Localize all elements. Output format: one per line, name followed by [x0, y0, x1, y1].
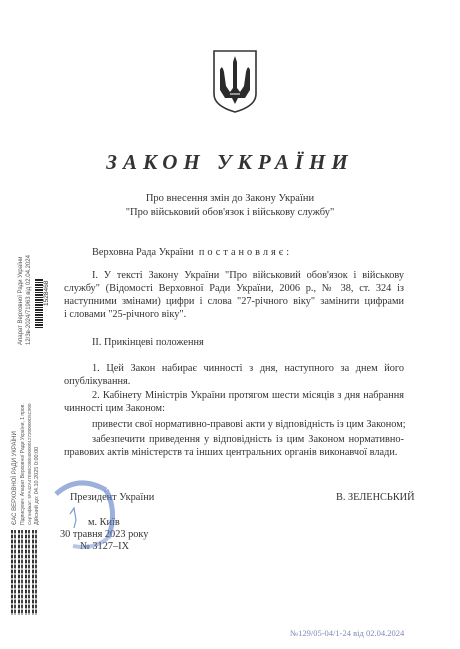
subtitle-line-1: Про внесення змін до Закону України	[0, 193, 460, 204]
section-1-line: наступними змінами) цифри і слова "27-рі…	[64, 295, 404, 308]
eds-line-3: Сертифікат: 5FA4ZA47E0BC0B04000001272000…	[27, 403, 32, 525]
eds-line-1: ЄАС ВЕРХОВНОЇ РАДИ УКРАЇНИ	[12, 431, 18, 525]
document-title: ЗАКОН УКРАЇНИ	[0, 150, 460, 175]
section-2-item-1: 1. Цей Закон набирає чинності з дня, нас…	[64, 362, 404, 388]
barcode	[35, 278, 43, 328]
section-1-line: службу" (Відомості Верховної Ради Україн…	[64, 282, 404, 295]
preamble: Верховна Рада України постановляє:	[92, 246, 292, 259]
section-2-item-2b: забезпечити приведення у відповідність і…	[64, 433, 404, 459]
preamble-text: Верховна Рада України	[92, 247, 194, 258]
qr-code[interactable]	[11, 530, 39, 615]
trident-coat-of-arms-icon	[210, 48, 260, 114]
item-2b-line: правових актів міністерств та інших цент…	[64, 446, 404, 459]
item-2-line: 2. Кабінету Міністрів України протягом ш…	[64, 389, 404, 402]
registration-number: №129/05-04/1-24 від 02.04.2024	[290, 628, 404, 638]
registration-line-1: Апарат Верховної Ради України	[18, 257, 24, 345]
item-1-line: 1. Цей Закон набирає чинності з дня, нас…	[64, 362, 404, 375]
eds-line-2: Підписувач: Апарат Верховної Ради Україн…	[20, 403, 26, 525]
section-2-item-2a: привести свої нормативно-правові акти у …	[92, 418, 406, 431]
eds-line-4: Дійсний до: 04.10.2025 0:00:00	[34, 447, 40, 525]
section-1: І. У тексті Закону України "Про військов…	[64, 269, 404, 321]
section-1-line: І. У тексті Закону України "Про військов…	[64, 269, 404, 282]
barcode-number: 1528468	[43, 281, 50, 306]
subtitle-line-2: "Про військовий обов'язок і військову сл…	[0, 207, 460, 218]
section-1-line: і словами "25-річного віку".	[64, 308, 404, 321]
item-2b-line: забезпечити приведення у відповідність і…	[64, 433, 404, 446]
section-2-heading: ІІ. Прикінцеві положення	[92, 336, 204, 349]
item-1-line: опублікування.	[64, 375, 404, 388]
registration-line-2: 12/3в-2024/71963 від 02.04.2024	[26, 255, 32, 345]
signatory-name: В. ЗЕЛЕНСЬКИЙ	[336, 491, 415, 504]
preamble-resolves: постановляє:	[199, 247, 292, 258]
section-2-item-2: 2. Кабінету Міністрів України протягом ш…	[64, 389, 404, 415]
item-2-line: чинності цим Законом:	[64, 402, 404, 415]
official-seal-stamp	[48, 472, 118, 552]
